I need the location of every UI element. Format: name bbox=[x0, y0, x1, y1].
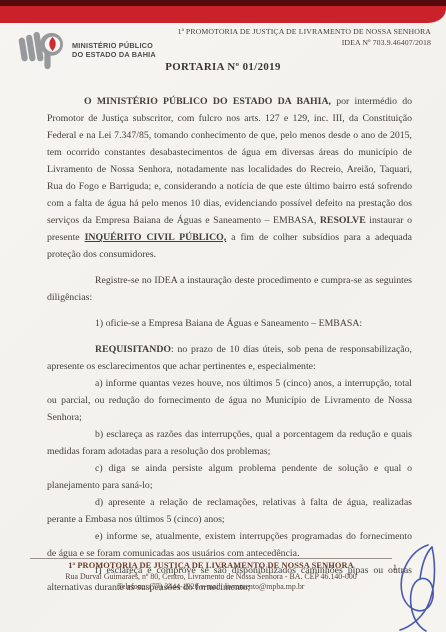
paragraph-registre: Registre-se no IDEA a instauração deste … bbox=[47, 272, 412, 306]
org-name-line2: DO ESTADO DA BAHIA bbox=[72, 50, 156, 59]
list-item-a: a) informe quantas vezes houve, nos últi… bbox=[47, 375, 412, 426]
org-name: MINISTÉRIO PÚBLICO DO ESTADO DA BAHIA bbox=[72, 41, 156, 59]
paragraph-oficie: 1) oficie-se a Empresa Baiana de Águas e… bbox=[47, 315, 412, 332]
header-dark-strip bbox=[0, 0, 446, 6]
resolve-keyword: RESOLVE bbox=[320, 215, 366, 226]
list-item-c: c) diga se ainda persiste algum problema… bbox=[47, 460, 412, 494]
preamble-bold-lead: O MINISTÉRIO PÚBLICO DO ESTADO DA BAHIA, bbox=[84, 96, 331, 107]
paragraph-requisitando: REQUISITANDO: no prazo de 10 dias úteis,… bbox=[47, 341, 412, 375]
list-item-e: e) informe se, atualmente, existem inter… bbox=[47, 528, 412, 562]
list-item-d: d) apresente a relação de reclamações, r… bbox=[47, 494, 412, 528]
page-footer: 1ª PROMOTORIA DE JUSTIÇA DE LIVRAMENTO D… bbox=[30, 558, 392, 593]
idea-number: IDEA Nº 703.9.46407/2018 bbox=[178, 38, 431, 49]
footer-promotoria-title: 1ª PROMOTORIA DE JUSTIÇA DE LIVRAMENTO D… bbox=[30, 561, 392, 572]
inquerito-keyword: INQUÉRITO CIVIL PÚBLICO, bbox=[85, 232, 227, 243]
list-item-b: b) esclareça as razões das interrupções,… bbox=[47, 426, 412, 460]
footer-phone-email: Telefone: (77) 3444-1920 e-mail: livrame… bbox=[30, 582, 392, 593]
paragraph-preamble: O MINISTÉRIO PÚBLICO DO ESTADO DA BAHIA,… bbox=[47, 93, 412, 263]
preamble-text-a: por intermédio do Promotor de Justiça su… bbox=[47, 96, 412, 226]
footer-address: Rua Durval Guimarães, nº 80, Centro, Liv… bbox=[30, 572, 392, 583]
signature-scribble-icon bbox=[392, 543, 446, 632]
header-right-block: 1ª PROMOTORIA DE JUSTIÇA DE LIVRAMENTO D… bbox=[178, 27, 431, 48]
org-name-line1: MINISTÉRIO PÚBLICO bbox=[72, 41, 156, 50]
promotoria-heading: 1ª PROMOTORIA DE JUSTIÇA DE LIVRAMENTO D… bbox=[178, 27, 431, 38]
requisitando-keyword: REQUISITANDO bbox=[95, 344, 171, 355]
document-title: PORTARIA Nº 01/2019 bbox=[0, 61, 446, 73]
document-body: O MINISTÉRIO PÚBLICO DO ESTADO DA BAHIA,… bbox=[47, 93, 412, 596]
scanned-document-page: { "header": { "org_name_line1": "MINISTÉ… bbox=[0, 0, 446, 632]
